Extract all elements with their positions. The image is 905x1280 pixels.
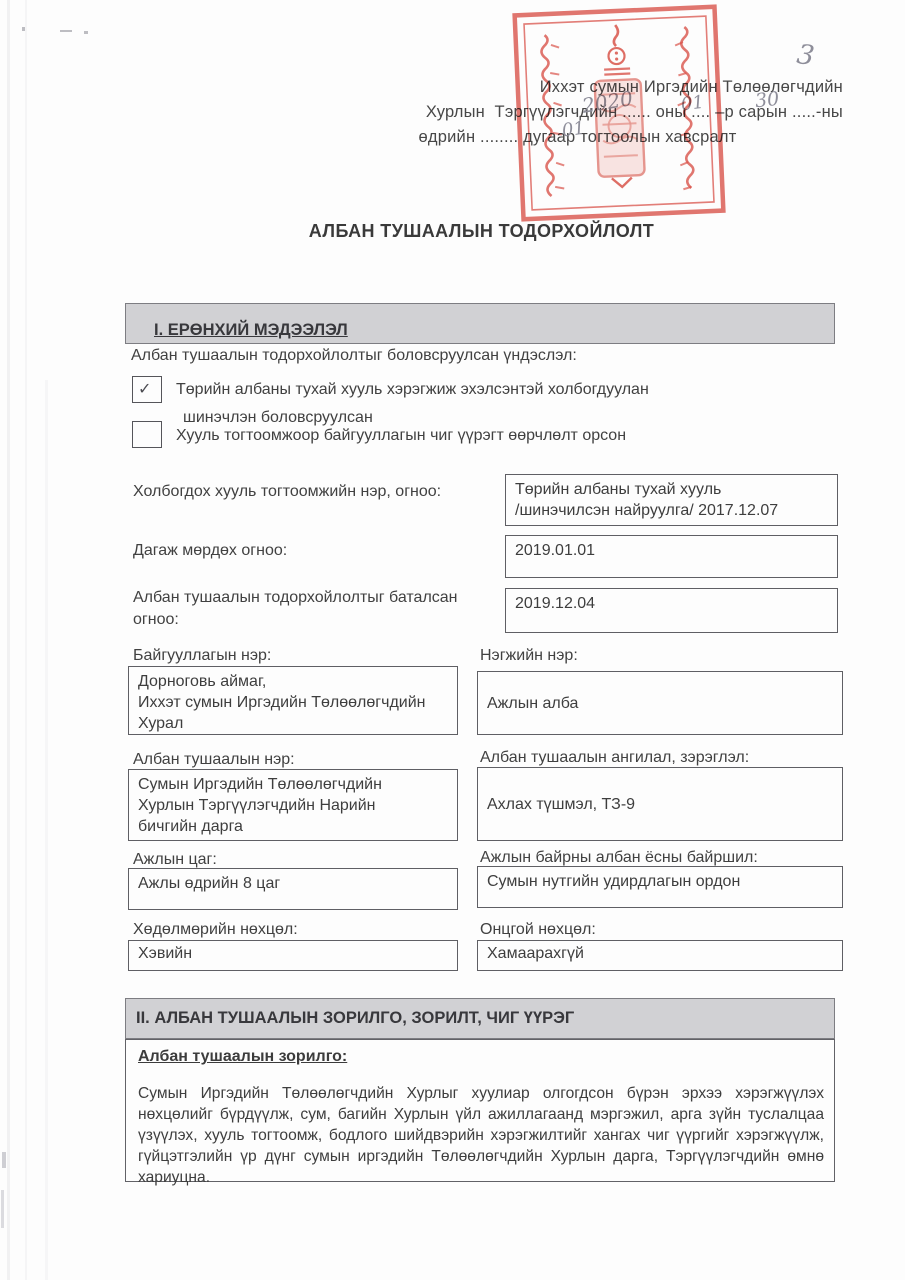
value-position-name: Сумын Иргэдийн Төлөөлөгчдийн Хурлын Тэрг… <box>128 769 458 841</box>
value-organization-name: Дорноговь аймаг, Иххэт сумын Иргэдийн Тө… <box>128 666 458 735</box>
checkmark-icon: ✓ <box>138 379 151 399</box>
section2-header-bar: II. АЛБАН ТУШААЛЫН ЗОРИЛГО, ЗОРИЛТ, ЧИГ … <box>125 998 835 1039</box>
scan-streak <box>45 380 48 1280</box>
section2-title: II. АЛБАН ТУШААЛЫН ЗОРИЛГО, ЗОРИЛТ, ЧИГ … <box>136 1009 574 1028</box>
label-position-classification: Албан тушаалын ангилал, зэрэглэл: <box>480 749 749 767</box>
label-position-name: Албан тушаалын нэр: <box>133 751 295 769</box>
section1-title: I. ЕРӨНХИЙ МЭДЭЭЛЭЛ <box>154 321 348 340</box>
field-label-effective-date: Дагаж мөрдөх огноо: <box>133 542 287 560</box>
scan-edge-mark <box>1 1190 4 1228</box>
value-working-hours: Ажлы өдрийн 8 цаг <box>128 868 458 910</box>
field-value-effective-date: 2019.01.01 <box>505 535 838 578</box>
value-position-classification: Ахлах түшмэл, ТЗ-9 <box>477 767 843 841</box>
checkbox1-label-line2: шинэчлэн боловсруулсан <box>183 409 373 427</box>
header-line-2: Хурлын Тэргүүлэгчдийн ...... оны .... –р… <box>426 103 843 122</box>
label-unit-name: Нэгжийн нэр: <box>480 647 578 665</box>
section1-intro: Албан тушаалын тодорхойлолтыг боловсруул… <box>131 347 577 365</box>
header-line-1: Иххэт сумын Иргэдийн Төлөөлөгчдийн <box>540 78 843 97</box>
field-value-related-law: Төрийн албаны тухай хууль /шинэчилсэн на… <box>505 474 838 526</box>
scan-edge-mark <box>2 1152 6 1168</box>
section1-header-bar: I. ЕРӨНХИЙ МЭДЭЭЛЭЛ <box>125 303 835 344</box>
label-organization-name: Байгууллагын нэр: <box>133 647 271 665</box>
handwritten-page-number: 3 <box>795 39 816 72</box>
scanned-document-page: Иххэт сумын Иргэдийн Төлөөлөгчдийн Хурлы… <box>0 0 905 1280</box>
label-labor-conditions: Хөдөлмөрийн нөхцөл: <box>133 921 298 939</box>
field-value-approved-date: 2019.12.04 <box>505 588 838 633</box>
checkbox-law-implementation: ✓ <box>132 376 162 403</box>
section2-paragraph: Сумын Иргэдийн Төлөөлөгчдийн Хурлыг хуул… <box>138 1083 824 1188</box>
scan-speck <box>22 27 25 31</box>
value-labor-conditions: Хэвийн <box>128 940 458 971</box>
checkbox-function-change <box>132 421 162 448</box>
label-workplace-location: Ажлын байрны албан ёсны байршил: <box>480 849 758 867</box>
section2-body-box: Албан тушаалын зорилго: Сумын Иргэдийн Т… <box>125 1039 835 1182</box>
value-workplace-location: Сумын нутгийн удирдлагын ордон <box>477 866 843 908</box>
label-special-conditions: Онцгой нөхцөл: <box>480 921 596 939</box>
scan-speck <box>60 30 72 32</box>
scan-speck <box>84 31 88 34</box>
scan-streak <box>25 0 27 1280</box>
checkbox2-label: Хууль тогтоомжоор байгууллагын чиг үүрэг… <box>176 427 626 445</box>
checkbox1-label-line1: Төрийн албаны тухай хууль хэрэгжиж эхэлс… <box>176 381 649 399</box>
document-title: АЛБАН ТУШААЛЫН ТОДОРХОЙЛОЛТ <box>125 221 838 242</box>
label-working-hours: Ажлын цаг: <box>133 851 217 869</box>
value-unit-name: Ажлын алба <box>477 671 843 735</box>
field-label-related-law: Холбогдох хууль тогтоомжийн нэр, огноо: <box>133 483 441 501</box>
header-line-3: өдрийн ........ дугаар тогтоолын хавсрал… <box>310 128 845 147</box>
scan-streak <box>7 0 10 1280</box>
value-special-conditions: Хамаарахгүй <box>477 940 843 971</box>
section2-subtitle: Албан тушаалын зорилго: <box>138 1048 347 1066</box>
field-label-approved-date: Албан тушаалын тодорхойлолтыг баталсан о… <box>133 587 501 631</box>
